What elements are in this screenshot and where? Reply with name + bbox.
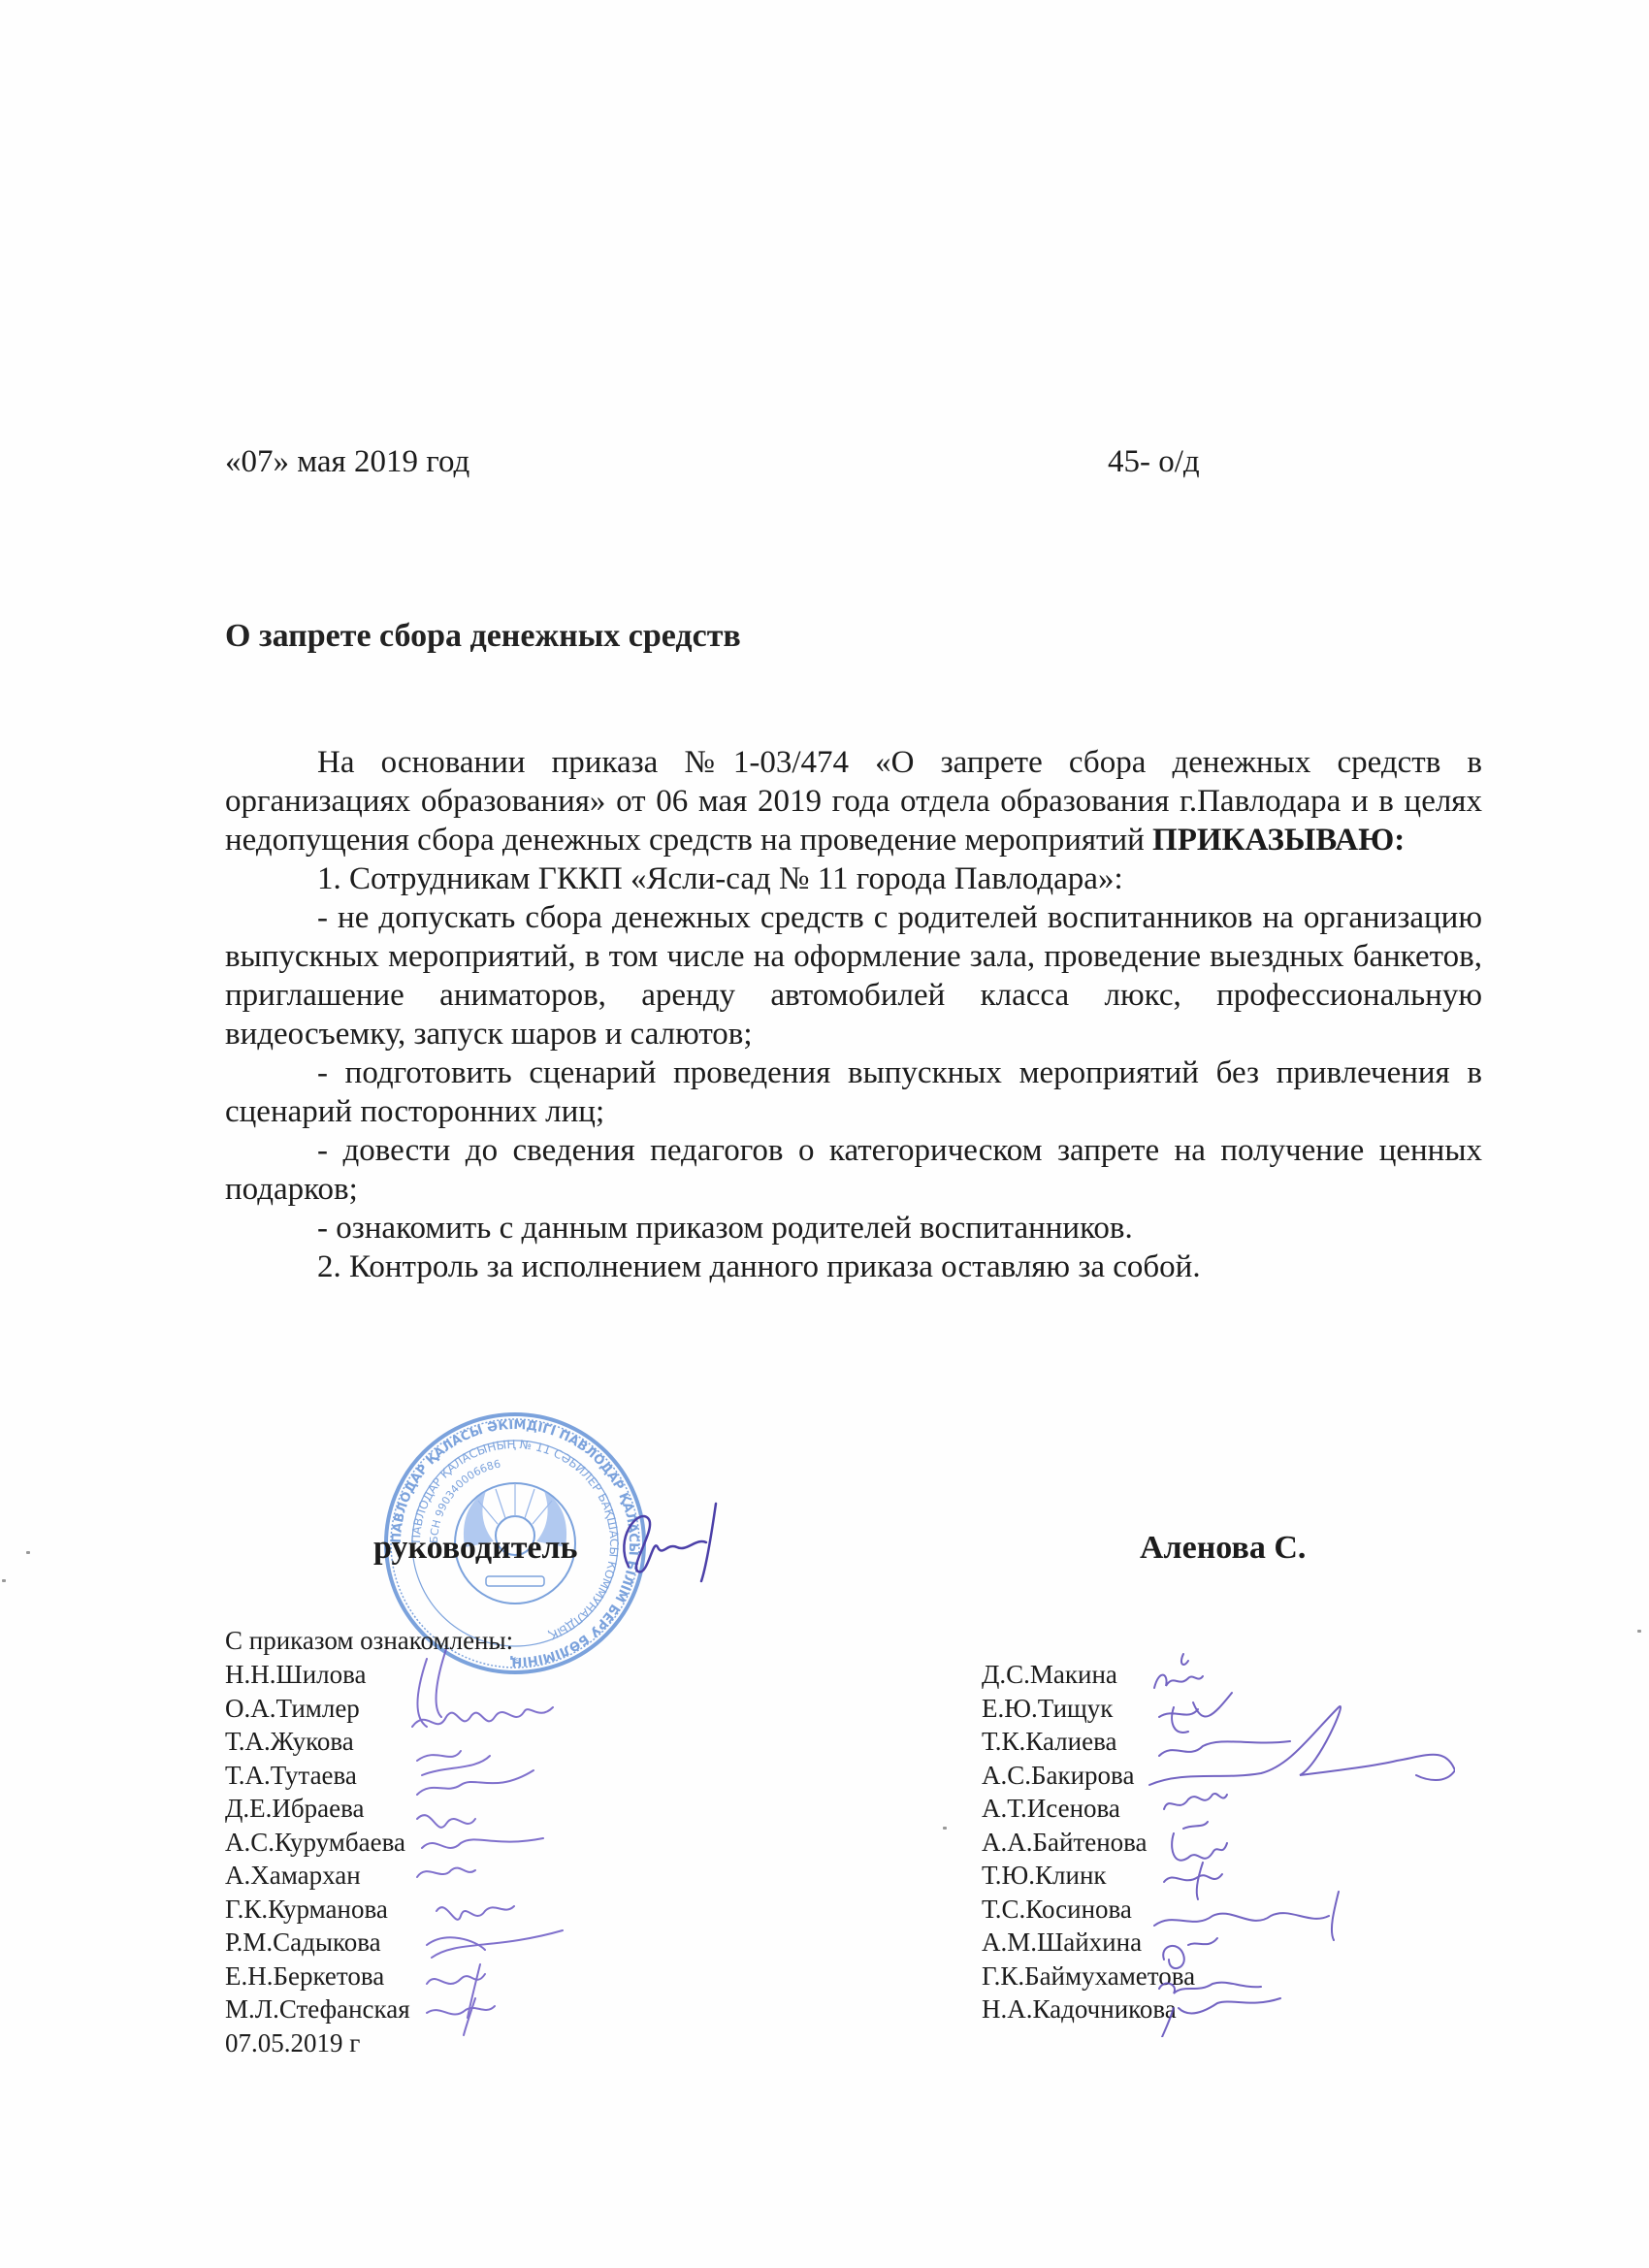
acknowledgement-name: Г.К.Баймухаметова xyxy=(982,1960,1195,1993)
acknowledgement-name: А.Хамархан xyxy=(225,1859,410,1893)
order-keyword: ПРИКАЗЫВАЮ: xyxy=(1152,823,1405,858)
scan-speck xyxy=(943,1827,947,1830)
order-bullet-2: - подготовить сценарий проведения выпуск… xyxy=(225,1053,1482,1131)
order-item-2: 2. Контроль за исполнением данного прика… xyxy=(225,1247,1482,1286)
order-item-1: 1. Сотрудникам ГККП «Ясли-сад № 11 город… xyxy=(225,859,1482,898)
acknowledgement-list-right: Д.С.Макина Е.Ю.Тищук Т.К.Калиева А.С.Бак… xyxy=(982,1658,1195,2026)
acknowledgement-name: Е.Ю.Тищук xyxy=(982,1692,1195,1726)
acknowledgement-name: А.А.Байтенова xyxy=(982,1826,1195,1860)
svg-text:*: * xyxy=(512,1655,519,1669)
order-bullet-4: - ознакомить с данным приказом родителей… xyxy=(225,1209,1482,1247)
acknowledgement-name: Д.С.Макина xyxy=(982,1658,1195,1692)
acknowledgement-name: Н.Н.Шилова xyxy=(225,1658,410,1692)
acknowledgement-name: Т.С.Косинова xyxy=(982,1893,1195,1927)
signatory-role: руководитель xyxy=(373,1529,578,1568)
acknowledgement-date: 07.05.2019 г xyxy=(225,2026,360,2059)
acknowledgement-name: Т.А.Жукова xyxy=(225,1725,410,1759)
document-date: «07» мая 2019 год xyxy=(225,442,469,481)
director-signature-icon xyxy=(609,1499,745,1586)
acknowledgement-name: А.Т.Исенова xyxy=(982,1792,1195,1826)
acknowledgement-name: Т.Ю.Клинк xyxy=(982,1859,1195,1893)
acknowledgement-name: М.Л.Стефанская xyxy=(225,1993,410,2026)
scan-speck xyxy=(2,1579,6,1582)
acknowledgement-list-left: Н.Н.Шилова О.А.Тимлер Т.А.Жукова Т.А.Тут… xyxy=(225,1658,410,2026)
acknowledgement-name: А.С.Бакирова xyxy=(982,1759,1195,1793)
acknowledgement-name: Т.А.Тутаева xyxy=(225,1759,410,1793)
acknowledgement-name: А.М.Шайхина xyxy=(982,1926,1195,1960)
acknowledgement-name: Р.М.Садыкова xyxy=(225,1926,410,1960)
document-title: О запрете сбора денежных средств xyxy=(225,617,741,656)
acknowledgement-name: О.А.Тимлер xyxy=(225,1692,410,1726)
acknowledgement-name: А.С.Курумбаева xyxy=(225,1826,410,1860)
order-bullet-3: - довести до сведения педагогов о катего… xyxy=(225,1131,1482,1209)
acknowledgement-name: Т.К.Калиева xyxy=(982,1725,1195,1759)
signatory-name: Аленова С. xyxy=(1140,1529,1306,1568)
acknowledgement-name: Е.Н.Беркетова xyxy=(225,1960,410,1993)
acknowledgement-name: Н.А.Кадочникова xyxy=(982,1993,1195,2026)
scan-speck xyxy=(1637,1630,1641,1633)
staff-signatures-left-icon xyxy=(407,1649,660,2037)
order-body: На основании приказа №1-03/474 «О запрет… xyxy=(225,743,1482,1286)
acknowledgement-intro: С приказом ознакомлены: xyxy=(225,1624,513,1657)
scanned-document-page: «07» мая 2019 год 45- о/д О запрете сбор… xyxy=(0,0,1649,2268)
acknowledgement-name: Г.К.Курманова xyxy=(225,1893,410,1927)
document-number: 45- о/д xyxy=(1108,442,1200,481)
order-bullet-1: - не допускать сбора денежных средств с … xyxy=(225,898,1482,1053)
scan-speck xyxy=(26,1551,30,1554)
order-preamble: На основании приказа №1-03/474 «О запрет… xyxy=(225,743,1482,859)
acknowledgement-name: Д.Е.Ибраева xyxy=(225,1792,410,1826)
